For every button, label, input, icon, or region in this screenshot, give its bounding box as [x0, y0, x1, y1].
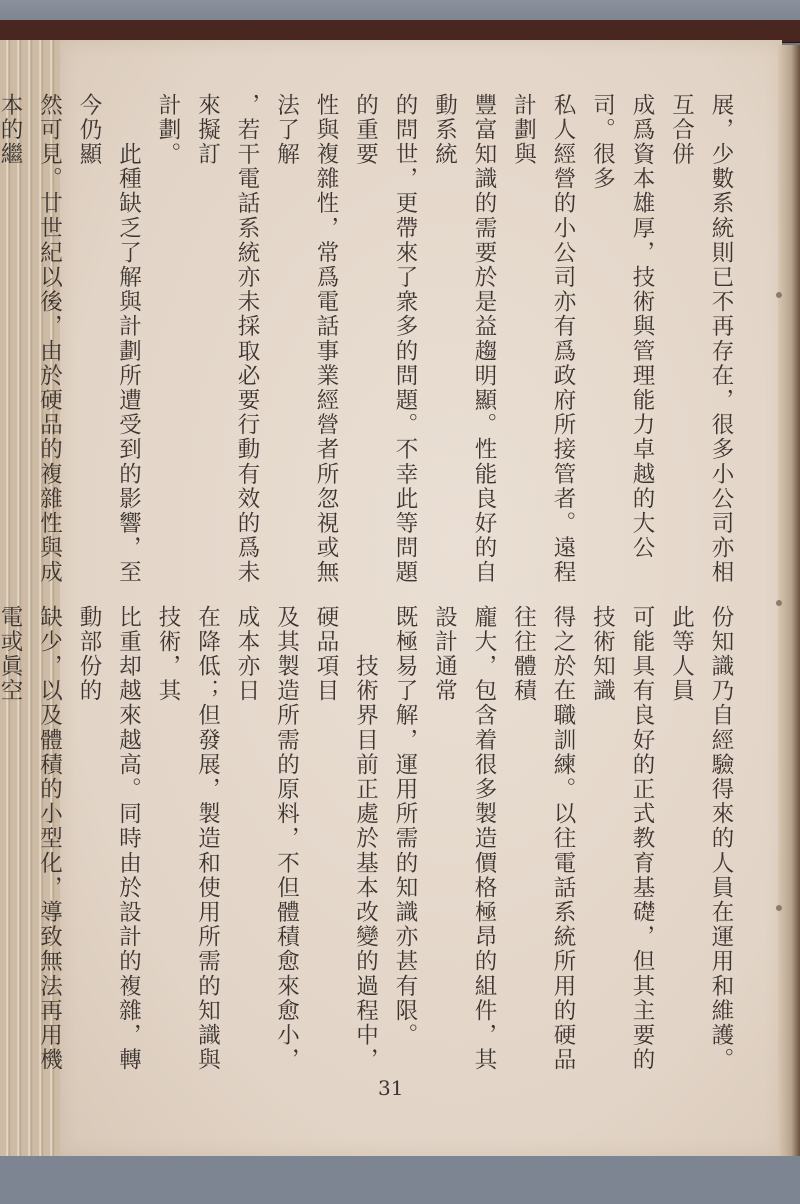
- text-column: 缺少，以及體積的小型化，導致無法再用機電或眞空: [0, 605, 69, 1075]
- page-gutter-edge: [778, 45, 800, 1165]
- binding-hole: [776, 292, 782, 298]
- page-number: 31: [378, 1076, 403, 1100]
- text-column: 得之於在職訓練。以往電話系統所用的硬品往往體積: [503, 605, 582, 1075]
- binding-hole: [776, 600, 782, 606]
- text-column: 可能具有良好的正式教育基礎，但其主要的技術知識: [582, 605, 661, 1075]
- text-column: 性與複雜性，常爲電話事業經營者所忽視或無法了解: [266, 93, 345, 593]
- text-column: ，若干電話系統亦未採取必要行動有效的爲未來擬訂: [187, 93, 266, 593]
- text-column: 計劃。: [148, 93, 188, 593]
- text-column: 份知識乃自經驗得來的人員在運用和維護。此等人員: [661, 605, 740, 1075]
- text-column: 展，少數系統則已不再存在，很多小公司亦相互合併: [661, 93, 740, 593]
- text-column: 此種缺乏了解與計劃所遭受到的影響，至今仍顯: [69, 93, 148, 593]
- text-column: 比重却越來越高。同時由於設計的複雜，轉動部份的: [69, 605, 148, 1075]
- text-column: 技術界目前正處於基本改變的過程中，硬品項目: [306, 605, 385, 1075]
- text-column: 成爲資本雄厚，技術與管理能力卓越的大公司。很多: [582, 93, 661, 593]
- text-column: 在降低；但發展，製造和使用所需的知識與技術，其: [148, 605, 227, 1075]
- text-column: 龐大，包含着很多製造價格極昂的組件，其設計通常: [424, 605, 503, 1075]
- text-column: 及其製造所需的原料，不但體積愈來愈小，成本亦日: [227, 605, 306, 1075]
- text-column: 既極易了解，運用所需的知識亦甚有限。: [385, 605, 425, 1075]
- text-column: 然可見。廿世紀以後，由於硬品的複雜性與成本的繼: [0, 93, 69, 593]
- text-section-bottom: 份知識乃自經驗得來的人員在運用和維護。此等人員 可能具有良好的正式教育基礎，但其…: [0, 605, 740, 1075]
- text-column: 豐富知識的需要於是益趨明顯。性能良好的自動系統: [424, 93, 503, 593]
- background-bottom: [0, 1156, 800, 1204]
- text-column: 的問世，更帶來了衆多的問題。不幸此等問題的重要: [345, 93, 424, 593]
- binding-hole: [776, 905, 782, 911]
- text-column: 私人經營的小公司亦有爲政府所接管者。遠程計劃與: [503, 93, 582, 593]
- text-section-top: 展，少數系統則已不再存在，很多小公司亦相互合併 成爲資本雄厚，技術與管理能力卓越…: [0, 93, 740, 593]
